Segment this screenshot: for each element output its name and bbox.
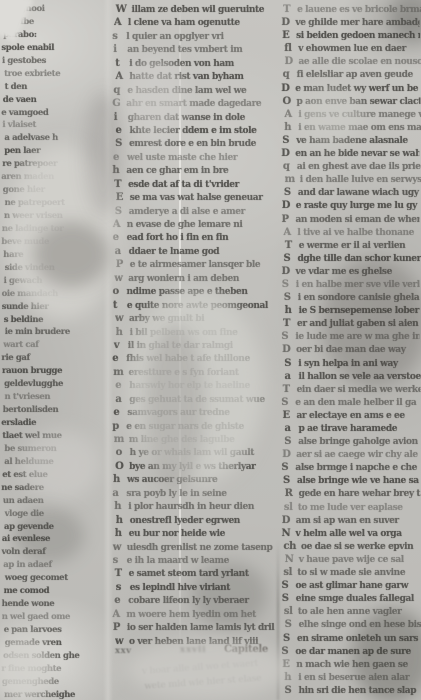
- manuscript-text-line: ie min brudere: [5, 326, 109, 339]
- manuscript-text-line: Daer si ae caege wir chy ale: [282, 448, 420, 461]
- manuscript-text-line: flv ehowmen lue en daer: [284, 42, 421, 55]
- line-text: ie min brudere: [5, 327, 70, 337]
- manuscript-text-line: re patrepoer: [2, 158, 106, 171]
- manuscript-text-line: ian beyend tes vmbert im: [113, 43, 281, 56]
- manuscript-text-line: Tein daer si media we werkely: [283, 383, 421, 396]
- line-text: hare: [3, 250, 23, 260]
- manuscript-text-line: Ear electaye en ams e ee: [283, 409, 421, 422]
- manuscript-text-line: odsen solden ghe: [3, 650, 107, 663]
- chapter-heading: Capitele: [224, 644, 268, 655]
- manuscript-text-line: slto me lude ver eaplase: [284, 501, 421, 514]
- manuscript-text-line: addaer te lname god: [115, 245, 283, 258]
- manuscript-text-line: mm line ghe des lagulbe: [114, 433, 282, 446]
- manuscript-text-line: oh ye or whais lam wil gault: [116, 446, 284, 459]
- line-text: uiesdh grenlist ne zome tasenp: [127, 543, 273, 553]
- manuscript-text-line: Al clene va ham ogenutte: [114, 16, 282, 29]
- line-initial-letter: h: [284, 121, 293, 134]
- manuscript-text-line: ai evenlese: [2, 533, 106, 546]
- line-initial-letter: a: [115, 393, 124, 406]
- line-text: ne patrepoert: [5, 198, 65, 208]
- line-initial-letter: a: [115, 245, 124, 258]
- line-text: e en sugar nars de ghiste: [126, 422, 244, 432]
- line-text: n wel gaed ome: [2, 612, 70, 622]
- manuscript-text-line: mi den halle luive en serwys: [285, 173, 421, 186]
- line-text: ges gehuat ta de ssumat wue: [129, 395, 264, 405]
- manuscript-text-line: Seine smge duales fallegal: [282, 592, 420, 605]
- manuscript-text-line: Sdghe tille dan schor kuner: [284, 252, 421, 265]
- line-text: i en halbe mer sve vile verler: [296, 280, 420, 290]
- line-text: ne sadere: [1, 483, 43, 493]
- line-initial-letter: w: [115, 312, 124, 325]
- manuscript-text-line: i gewach: [4, 275, 108, 288]
- line-initial-letter: S: [282, 134, 291, 147]
- line-text: odsen solden ghe: [3, 651, 79, 661]
- line-initial-letter: D: [285, 55, 294, 68]
- line-initial-letter: D: [282, 514, 291, 527]
- manuscript-page: i engnooinayfbeparabo:spole enabili gest…: [0, 0, 421, 700]
- line-text: n t'vriesen: [5, 392, 51, 402]
- line-text: e hasden dine lam wel we: [127, 86, 246, 96]
- line-initial-letter: e: [112, 352, 121, 365]
- manuscript-text-line: honestrefl lyeder egrwen: [116, 514, 284, 527]
- line-text: gemade vren: [5, 638, 62, 648]
- manuscript-text-line: esamvagors aur tredne: [113, 406, 281, 419]
- line-text: re patrepoer: [2, 159, 57, 169]
- manuscript-text-line: Sie lude me are w ma ghe in: [281, 330, 419, 343]
- line-text: i gens ve culture manege vla: [298, 110, 421, 120]
- manuscript-text-line: Te lauene es ve bricole brman: [283, 3, 421, 16]
- line-initial-letter: a: [285, 370, 294, 383]
- manuscript-text-line: Gahr en smart made dagedare: [112, 97, 280, 110]
- manuscript-text-line: De raste quy lurge me lu gy: [282, 199, 420, 212]
- line-text: khte lecier ddem e im stole: [130, 126, 257, 136]
- manuscript-text-line: hi en wame mae om ens mach: [284, 121, 421, 134]
- line-text: h ye or whais lam wil gault: [130, 448, 254, 458]
- line-text: alse brmge i napche e che: [295, 463, 417, 473]
- line-initial-letter: T: [114, 178, 123, 191]
- line-text: rauon brugge: [2, 366, 62, 376]
- line-text: ddaer te lname god: [129, 247, 220, 257]
- manuscript-text-line: asra poyb ly le in seine: [112, 487, 280, 500]
- manuscript-text-line: slto si w made sie anvine: [283, 566, 421, 579]
- line-text: ap gevende: [4, 522, 54, 532]
- manuscript-text-line: i gestobes: [2, 55, 106, 68]
- line-initial-letter: G: [112, 97, 121, 110]
- line-text: e raste quy lurge me lu gy: [296, 201, 417, 211]
- line-initial-letter: D: [282, 199, 291, 212]
- line-text: ne ladinge tor: [2, 224, 63, 234]
- manuscript-text-line: oie mandach: [2, 288, 106, 301]
- line-initial-letter: S: [281, 645, 290, 658]
- line-initial-letter: R: [285, 487, 294, 500]
- manuscript-text-line: i vlaiset: [2, 119, 106, 132]
- manuscript-text-line: vil in ghal te dar ralmgi: [114, 339, 282, 352]
- line-text: i syn helpa in ani way: [298, 359, 398, 369]
- line-text: io ser halden lame lamis lyt dril: [127, 623, 274, 633]
- line-initial-letter: o: [113, 285, 122, 298]
- line-initial-letter: e: [114, 594, 123, 607]
- manuscript-text-line: ses lepindl hive viriant: [116, 581, 284, 594]
- line-initial-letter: S: [284, 252, 293, 265]
- line-initial-letter: S: [284, 357, 293, 370]
- manuscript-column-right: Te lauene es ve bricole brmanDve ghilde …: [283, 3, 421, 697]
- line-text: spole enabil: [1, 43, 54, 53]
- line-text: sra poyb ly le in seine: [126, 489, 226, 499]
- manuscript-text-line: qfi elelsliar ap aven geude: [283, 68, 421, 81]
- manuscript-text-line: side vinden: [5, 262, 109, 275]
- manuscript-text-line: gemenghede: [2, 676, 106, 689]
- line-text: elhe singe ond en hese bis: [299, 620, 421, 630]
- line-text: i do gelsoden von ham: [129, 59, 234, 69]
- line-initial-letter: e: [115, 379, 124, 392]
- line-text: to ale hen anne vagler: [298, 607, 402, 617]
- line-text: ie lude me are w ma ghe in: [295, 332, 419, 342]
- line-initial-letter: S: [282, 592, 291, 605]
- manuscript-text-line: Salse bringe gaholge avion: [284, 435, 421, 448]
- line-text: es lepindl hive viriant: [130, 583, 230, 593]
- manuscript-text-line: slto ale hen anne vagler: [284, 605, 421, 618]
- line-initial-letter: q: [283, 68, 292, 81]
- manuscript-text-line: Semrest dore e en bin brude: [115, 137, 283, 150]
- line-text: and dar lawane wiach ugy: [298, 188, 419, 198]
- line-initial-letter: sl: [284, 501, 293, 514]
- line-initial-letter: D: [282, 343, 291, 356]
- line-initial-letter: S: [281, 396, 290, 409]
- line-text: p ae tirave haramede: [299, 424, 398, 434]
- manuscript-column-left: i engnooinayfbeparabo:spole enabili gest…: [3, 3, 107, 700]
- line-text: e samet steom tard yrlant: [129, 569, 249, 579]
- line-initial-letter: S: [281, 330, 290, 343]
- manuscript-text-line: Sve ham badene alasnale: [282, 134, 420, 147]
- line-text: sunde hier: [2, 302, 49, 312]
- line-initial-letter: A: [283, 226, 292, 239]
- line-text: a adelvase h: [4, 133, 58, 143]
- manuscript-text-line: Shin sri die hen tance slap: [285, 684, 421, 697]
- manuscript-text-line: Te werme er il ai verlien: [285, 239, 421, 252]
- line-text: un adaen: [3, 496, 44, 506]
- line-initial-letter: S: [282, 278, 291, 291]
- line-text: ve ghilde mer hare ambadge: [295, 18, 419, 28]
- manuscript-text-line: hi bil pelbem ws om fine: [116, 326, 284, 339]
- line-initial-letter: T: [283, 3, 292, 16]
- line-initial-letter: h: [113, 473, 122, 486]
- line-text: cobare lifeon ly ly vberaer: [128, 596, 248, 606]
- manuscript-text-line: tlaet wel mue: [2, 430, 106, 443]
- line-initial-letter: h: [112, 164, 121, 177]
- line-text: al heldume: [4, 457, 53, 467]
- line-text: en sirame onleteh un sars: [297, 634, 418, 644]
- manuscript-text-line: wart caf: [3, 339, 107, 352]
- line-initial-letter: S: [115, 205, 124, 218]
- line-initial-letter: A: [113, 218, 122, 231]
- line-initial-letter: P: [113, 621, 122, 634]
- line-initial-letter: p: [112, 420, 121, 433]
- line-initial-letter: m: [285, 173, 295, 186]
- manuscript-text-line: me comod: [4, 585, 108, 598]
- line-text: to me lude ver eaplase: [298, 503, 403, 513]
- line-initial-letter: q: [283, 160, 292, 173]
- line-text: v ehowmen lue en daer: [298, 44, 406, 54]
- manuscript-text-line: Dae alle die scolae en nousom: [285, 55, 421, 68]
- line-text: er and juliat gaben si aien: [297, 319, 418, 329]
- manuscript-text-line: hws aucoer gelsunre: [113, 473, 281, 486]
- line-initial-letter: A: [115, 70, 124, 83]
- manuscript-text-line: ap gevende: [4, 521, 108, 534]
- line-initial-letter: T: [285, 239, 294, 252]
- manuscript-text-line: Dve vdar me es ghelse: [282, 265, 420, 278]
- line-text: ve ham badene alasnale: [296, 136, 408, 146]
- line-initial-letter: h: [285, 304, 294, 317]
- manuscript-text-line: qe hasden dine lam wel we: [113, 84, 281, 97]
- line-text: alse bringe gaholge avion: [298, 437, 418, 447]
- line-text: i en wame mae om ens mach: [298, 123, 421, 133]
- manuscript-text-line: Nv haue pave wije ce sal: [285, 553, 421, 566]
- manuscript-column-middle: Willam ze deben wil gueruinteAl clene va…: [114, 3, 282, 648]
- line-initial-letter: ch: [283, 540, 296, 553]
- line-text: woeg gecomet: [5, 573, 68, 583]
- line-initial-letter: S: [285, 684, 294, 697]
- manuscript-text-line: igharen dat wanse in dole: [114, 111, 282, 124]
- manuscript-text-line: n wel gaed ome: [2, 611, 106, 624]
- line-initial-letter: s: [112, 30, 121, 43]
- manuscript-text-line: ondime passe ape e theben: [113, 285, 281, 298]
- line-text: n evase de ghe lemare ni: [127, 220, 243, 230]
- line-text: bertonlisden: [3, 405, 59, 415]
- manuscript-text-line: de vaen: [3, 94, 107, 107]
- line-initial-letter: S: [285, 618, 294, 631]
- line-text: i en sondore canisie ghela: [298, 293, 420, 303]
- line-initial-letter: S: [282, 579, 291, 592]
- line-initial-letter: o: [116, 446, 125, 459]
- line-text: i plor haursdh in heur dien: [128, 502, 254, 512]
- line-text: e man ludet wy werf un be: [295, 84, 418, 94]
- line-initial-letter: D: [281, 16, 290, 29]
- line-text: side vinden: [5, 263, 55, 273]
- manuscript-text-line: be sumeron: [4, 443, 108, 456]
- manuscript-text-line: beve mude: [1, 236, 105, 249]
- manuscript-text-line: te quite nore awte peomgeonal: [113, 299, 281, 312]
- line-initial-letter: sl: [283, 566, 292, 579]
- line-text: v haue pave wije ce sal: [299, 555, 404, 565]
- manuscript-text-line: En mach wie hen gaen se: [282, 658, 420, 671]
- line-initial-letter: S: [283, 474, 292, 487]
- line-text: me comod: [4, 586, 50, 596]
- line-text: esde dat af ta di t'vrider: [128, 180, 239, 190]
- line-text: il hallon se vele aa verstoen: [299, 372, 421, 382]
- manuscript-text-line: eead fort ho i fin en fin: [113, 231, 281, 244]
- line-text: v helm alle wel va orga: [296, 529, 402, 539]
- manuscript-text-line: Salse bringe wie ve hane sa: [283, 474, 421, 487]
- line-initial-letter: P: [282, 213, 291, 226]
- manuscript-text-line: Pan moden si eman de where: [282, 213, 420, 226]
- line-initial-letter: e: [113, 151, 122, 164]
- manuscript-text-line: Te samet steom tard yrlant: [115, 567, 283, 580]
- line-text: il in ghal te dar ralmgi: [128, 341, 233, 351]
- manuscript-text-line: ti do gelsoden von ham: [115, 57, 283, 70]
- manuscript-text-line: Dam si ap wan en suver: [282, 514, 420, 527]
- line-text: vloge die: [5, 509, 44, 519]
- manuscript-text-line: haen ce ghar em in bre: [112, 164, 280, 177]
- manuscript-text-line: merestture e s fyn foriant: [113, 366, 281, 379]
- line-initial-letter: q: [113, 84, 122, 97]
- line-initial-letter: v: [114, 339, 123, 352]
- line-text: e quite nore awte peomgeonal: [127, 301, 268, 311]
- manuscript-text-line: Dve ghilde mer hare ambadge: [281, 16, 419, 29]
- manuscript-text-line: t den: [5, 81, 109, 94]
- line-initial-letter: T: [115, 567, 124, 580]
- line-initial-letter: D: [282, 265, 291, 278]
- line-initial-letter: h: [284, 671, 293, 684]
- line-text: n weer vrisen: [4, 211, 63, 221]
- manuscript-text-line: Ai gens ve culture manege vla: [284, 108, 421, 121]
- line-initial-letter: e: [116, 124, 125, 137]
- line-text: hende wone: [2, 599, 55, 609]
- line-text: ersladie: [1, 418, 36, 428]
- line-text: eine smge duales fallegal: [296, 594, 414, 604]
- manuscript-text-line: Willam ze deben wil gueruinte: [116, 3, 284, 16]
- manuscript-text-line: rie gaf: [1, 352, 105, 365]
- line-text: m woere hem lyedin om het: [126, 610, 256, 620]
- manuscript-text-line: Sand dar lawane wiach ugy: [284, 186, 421, 199]
- manuscript-text-line: et est elue: [2, 469, 106, 482]
- line-initial-letter: fl: [284, 42, 293, 55]
- line-text: l tive ai ve halbe thonane: [297, 228, 414, 238]
- line-text: gharen dat wanse in dole: [128, 113, 245, 123]
- line-text: si beiden gedoen manech me: [296, 31, 420, 41]
- line-initial-letter: sl: [284, 605, 293, 618]
- manuscript-text-line: rauon brugge: [2, 365, 106, 378]
- line-text: pen laer: [4, 146, 40, 156]
- manuscript-text-line: Pe te airmesamer lansqer ble: [116, 258, 284, 271]
- manuscript-text-line: ewel uste maste che hier: [113, 151, 281, 164]
- line-initial-letter: D: [282, 448, 291, 461]
- manuscript-text-line: Soe dar manen ap de sure: [281, 645, 419, 658]
- line-text: geldevlugghe: [4, 379, 63, 389]
- line-text: harswiy hor elp te haeline: [129, 381, 250, 391]
- manuscript-text-line: Rgede en hare wehar brey t: [285, 487, 421, 500]
- line-text: erestture e s fyn foriant: [128, 368, 238, 378]
- line-initial-letter: S: [284, 435, 293, 448]
- line-initial-letter: t: [113, 299, 122, 312]
- manuscript-text-line: n weer vrisen: [4, 210, 108, 223]
- line-text: e pan larvoes: [4, 625, 62, 635]
- line-initial-letter: D: [281, 82, 290, 95]
- line-text: ar electaye en ams e ee: [297, 411, 405, 421]
- line-text: eu bur nor heide wie: [129, 529, 225, 539]
- line-text: oe ast glimar hane garw: [296, 581, 409, 591]
- line-text: am si ap wan en suver: [296, 516, 399, 526]
- line-text: fi elelsliar ap aven geude: [297, 70, 413, 80]
- line-initial-letter: O: [283, 95, 292, 108]
- manuscript-text-line: Doer bi dae man dae way: [282, 343, 420, 356]
- line-text: ap in adaef: [3, 560, 51, 570]
- line-text: ae alle die scolae en nousom: [299, 57, 421, 67]
- manuscript-text-line: pen laer: [4, 145, 108, 158]
- manuscript-text-line: ne ladinge tor: [2, 223, 106, 236]
- line-text: ve vdar me es ghelse: [296, 267, 392, 277]
- line-text: troe exbriete: [4, 69, 60, 79]
- line-text: gemenghede: [2, 677, 59, 687]
- manuscript-text-line: Am woere hem lyedin om het: [112, 608, 280, 621]
- manuscript-text-line: al heldume: [4, 456, 108, 469]
- manuscript-text-line: Ter and juliat gaben si aien: [283, 317, 421, 330]
- line-text: e lauene es ve bricole brman: [297, 5, 421, 15]
- line-text: s beldine: [4, 315, 44, 325]
- smudged-numeral: xxvii: [180, 645, 207, 655]
- line-text: se ma vas wat halse geneuar: [130, 193, 263, 203]
- line-text: arby we gnult bi: [129, 314, 204, 324]
- line-text: hatte dat rist van byham: [129, 72, 243, 82]
- manuscript-text-line: Tesde dat af ta di t'vrider: [114, 178, 282, 191]
- line-text: t den: [5, 82, 27, 92]
- manuscript-text-line: Nv helm alle wel va orga: [282, 527, 420, 540]
- line-text: i bil pelbem ws om fine: [130, 328, 238, 338]
- manuscript-text-line: hie S bernsepemense lober: [285, 304, 421, 317]
- manuscript-text-line: pe en sugar nars de ghiste: [112, 420, 280, 433]
- line-text: i en si beserue aien alar: [298, 673, 409, 683]
- line-text: ead fort ho i fin en fin: [127, 233, 229, 243]
- line-text: n mach wie hen gaen se: [296, 660, 408, 670]
- manuscript-text-line: Soe ast glimar hane garw: [282, 579, 420, 592]
- line-text: ai evenlese: [2, 534, 50, 544]
- line-initial-letter: a: [285, 422, 294, 435]
- line-text: ein daer si media we werkely: [297, 385, 421, 395]
- line-text: beve mude: [1, 237, 49, 247]
- line-initial-letter: A: [284, 108, 293, 121]
- manuscript-text-line: Se an den male helber il ga: [281, 396, 419, 409]
- line-text: an beyend tes vmbert im: [127, 45, 242, 55]
- manuscript-text-line: ne sadere: [1, 482, 105, 495]
- manuscript-text-line: heu bur nor heide wie: [115, 527, 283, 540]
- line-text: i gestobes: [2, 56, 46, 66]
- line-text: aer si ae caege wir chy ale: [296, 450, 418, 460]
- line-text: oe dae si se werke epvin: [301, 542, 413, 552]
- line-text: e ih la maard w leame: [127, 556, 229, 566]
- line-text: ahr en smart made dagedare: [126, 99, 261, 109]
- manuscript-text-line: eharswiy hor elp te haeline: [115, 379, 283, 392]
- line-text: hin sri die hen tance slap: [299, 686, 417, 696]
- line-initial-letter: S: [284, 186, 293, 199]
- line-initial-letter: S: [115, 137, 124, 150]
- manuscript-text-line: hende wone: [2, 598, 106, 611]
- line-text: voln deraf: [2, 547, 46, 557]
- line-text: i vlaiset: [2, 120, 36, 130]
- line-initial-letter: T: [283, 383, 292, 396]
- manuscript-text-line: warg woniern i am deben: [114, 272, 282, 285]
- line-text: r fine moghte: [1, 664, 61, 674]
- manuscript-text-line: hi en si beserue aien alar: [284, 671, 421, 684]
- manuscript-text-line: qai en ghest ave dae ils prie: [283, 160, 421, 173]
- line-text: l clene va ham ogenutte: [128, 18, 240, 28]
- manuscript-text-line: spole enabil: [1, 42, 105, 55]
- line-initial-letter: A: [114, 16, 123, 29]
- line-text: tlaet wel mue: [2, 431, 61, 441]
- manuscript-text-line: un adaen: [3, 495, 107, 508]
- line-initial-letter: N: [285, 553, 294, 566]
- line-text: fhis wel habe t afe thillone: [126, 354, 249, 364]
- manuscript-text-line: e pan larvoes: [4, 624, 108, 637]
- line-text: dghe tille dan schor kuner: [298, 254, 421, 264]
- line-text: et est elue: [2, 470, 47, 480]
- line-initial-letter: w: [114, 272, 123, 285]
- quire-numeral: xxv: [115, 646, 132, 656]
- line-text: aren maden: [1, 172, 54, 182]
- manuscript-text-line: Si en halbe mer sve vile verler: [282, 278, 420, 291]
- line-text: onestrefl lyeder egrwen: [130, 516, 240, 526]
- manuscript-text-line: An evase de ghe lemare ni: [113, 218, 281, 231]
- line-text: emrest dore e en bin brude: [129, 139, 256, 149]
- line-text: gone hier: [3, 185, 45, 195]
